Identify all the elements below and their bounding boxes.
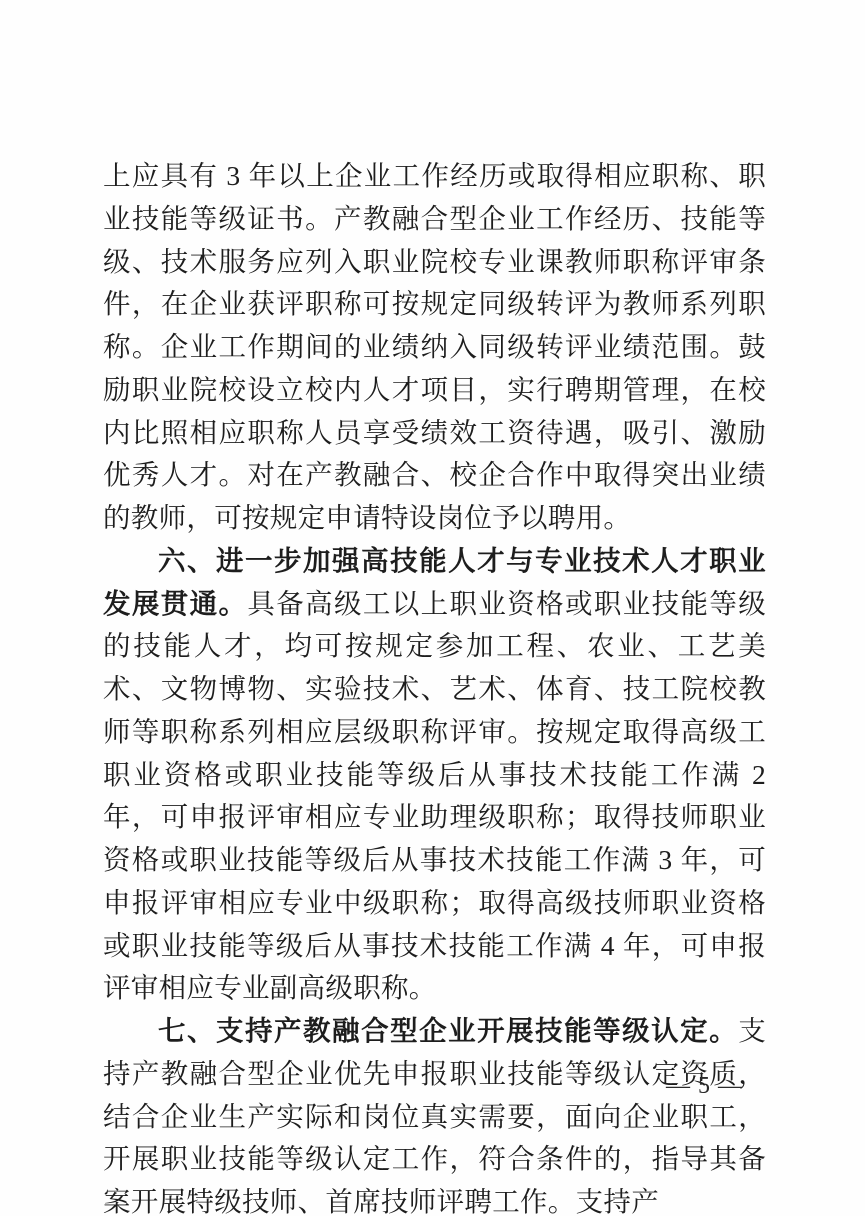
page-number: — 5 — (666, 1072, 743, 1100)
body-text: 具备高级工以上职业资格或职业技能等级的技能人才，均可按规定参加工程、农业、工艺美… (103, 588, 766, 1004)
paragraph-section-six: 六、进一步加强高技能人才与专业技术人才职业发展贯通。具备高级工以上职业资格或职业… (103, 540, 766, 1010)
paragraph-section-seven: 七、支持产教融合型企业开展技能等级认定。支持产教融合型企业优先申报职业技能等级认… (103, 1010, 766, 1216)
body-text: 上应具有 3 年以上企业工作经历或取得相应职称、职业技能等级证书。产教融合型企业… (103, 160, 766, 533)
paragraph-continuation: 上应具有 3 年以上企业工作经历或取得相应职称、职业技能等级证书。产教融合型企业… (103, 155, 766, 540)
document-body: 上应具有 3 年以上企业工作经历或取得相应职称、职业技能等级证书。产教融合型企业… (103, 155, 766, 1216)
document-page: 上应具有 3 年以上企业工作经历或取得相应职称、职业技能等级证书。产教融合型企业… (0, 0, 865, 1216)
section-heading-text: 七、支持产教融合型企业开展技能等级认定。 (158, 1015, 738, 1046)
